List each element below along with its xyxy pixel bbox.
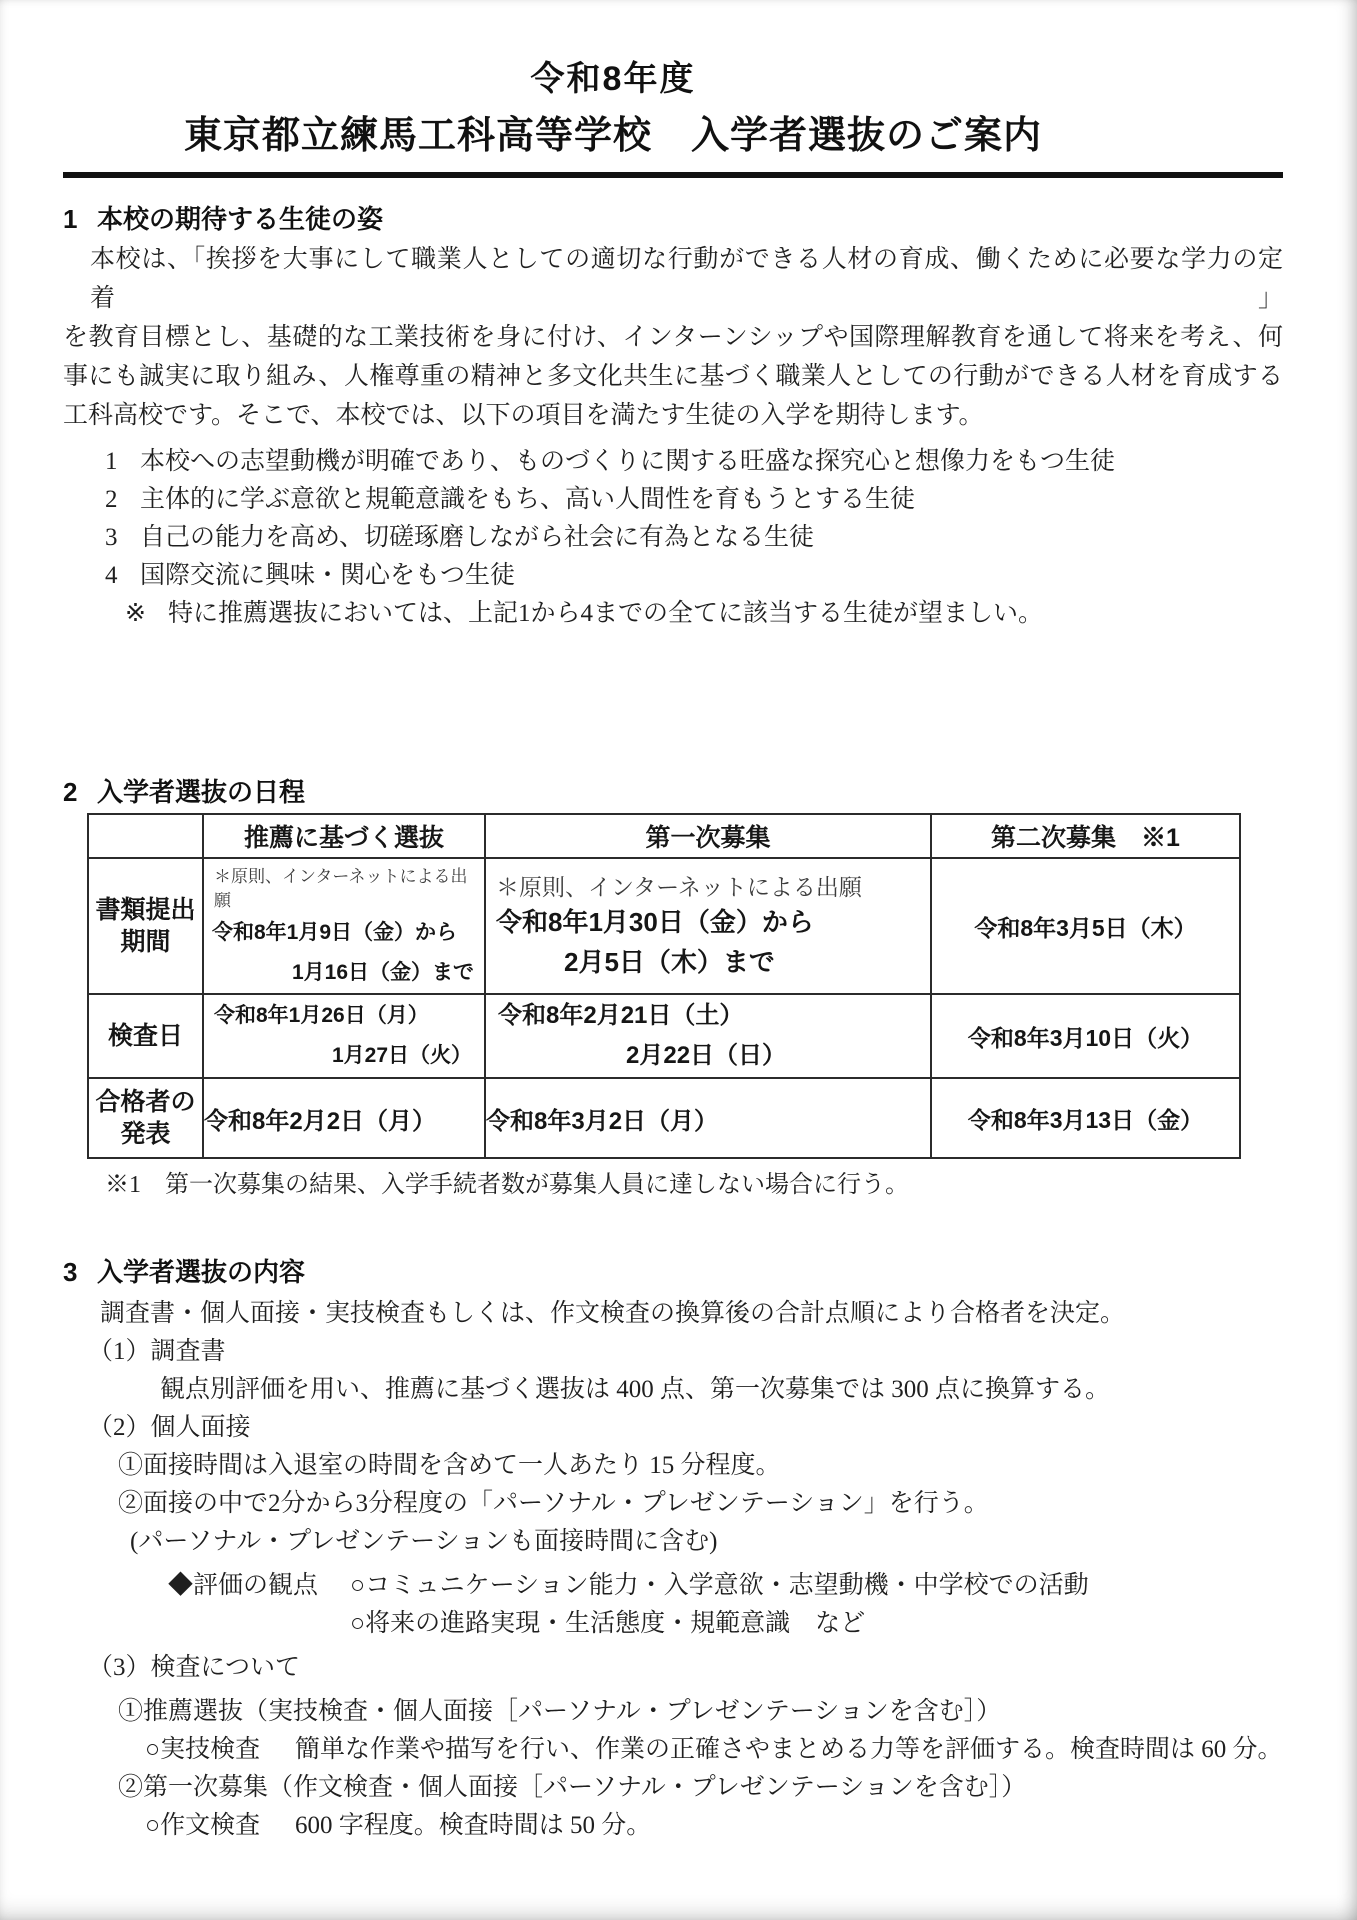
evaluation-label: ◆評価の観点	[168, 1567, 350, 1605]
title-school: 東京都立練馬工科高等学校 入学者選抜のご案内	[63, 110, 1163, 162]
intro-paragraph-line: 工科高校です。そこで、本校では、以下の項目を満たす生徒の入学を期待します。	[63, 396, 1283, 435]
title-block: 令和8年度 東京都立練馬工科高等学校 入学者選抜のご案内	[63, 56, 1283, 162]
essay-exam-row: ○作文検査 600 字程度。検査時間は 50 分。	[145, 1807, 1283, 1845]
section1-heading-text: 本校の期待する生徒の姿	[97, 204, 383, 234]
list-item: 4国際交流に興味・関心をもつ生徒	[63, 557, 1283, 595]
title-divider	[63, 172, 1283, 178]
practical-exam-row: ○実技検査 簡単な作業や描写を行い、作業の正確さやまとめる力等を評価する。検査時…	[145, 1731, 1283, 1769]
list-item-number: 2	[105, 481, 140, 519]
list-item: 1本校への志望動機が明確であり、ものづくりに関する旺盛な探究心と想像力をもつ生徒	[63, 443, 1283, 481]
exam-item-first: ②第一次募集（作文検査・個人面接［パーソナル・プレゼンテーションを含む］）	[118, 1769, 1283, 1807]
row-label-line: 書類提出	[89, 894, 202, 926]
title-year: 令和8年度	[63, 56, 1163, 102]
internet-application-note: ＊原則、インターネットによる出願	[204, 859, 484, 913]
cell-submission-second: 令和8年3月5日（木）	[931, 858, 1240, 994]
essay-exam-description: 600 字程度。検査時間は 50 分。	[295, 1807, 651, 1845]
table-row-exam-date: 検査日 令和8年1月26日（月） 1月27日（火） 令和8年2月21日（土） 2…	[88, 994, 1240, 1078]
section3-heading: 3入学者選抜の内容	[63, 1255, 1283, 1289]
row-label-submission: 書類提出 期間	[88, 858, 203, 994]
exam-date-line: 1月27日（火）	[204, 1036, 484, 1076]
evaluation-viewpoints-row: ◆評価の観点 ○コミュニケーション能力・入学意欲・志望動機・中学校での活動	[168, 1567, 1283, 1605]
note-mark: ※	[125, 595, 168, 633]
list-item-text: 主体的に学ぶ意欲と規範意識をもち、高い人間性を育もうとする生徒	[140, 486, 915, 513]
date-from: 令和8年1月30日（金）から	[486, 902, 930, 942]
date-to: 2月5日（木）まで	[486, 942, 930, 982]
section2-heading-text: 入学者選抜の日程	[97, 777, 305, 807]
header-first-recruitment: 第一次募集	[485, 814, 931, 858]
exam-item-suisen: ①推薦選抜（実技検査・個人面接［パーソナル・プレゼンテーションを含む］）	[118, 1693, 1283, 1731]
list-item: 3自己の能力を高め、切磋琢磨しながら社会に有為となる生徒	[63, 519, 1283, 557]
intro-paragraph-line: 本校は、「挨拶を大事にして職業人としての適切な行動ができる人材の育成、働くために…	[63, 240, 1283, 318]
evaluation-point-1: ○コミュニケーション能力・入学意欲・志望動機・中学校での活動	[350, 1567, 1089, 1605]
subsection3-label: （3）検査について	[88, 1649, 1283, 1687]
table-footnote: ※1 第一次募集の結果、入学手続者数が募集人員に達しない場合に行う。	[105, 1169, 1283, 1201]
practical-exam-label: ○実技検査	[145, 1731, 295, 1769]
list-item-number: 4	[105, 557, 140, 595]
note-text: 特に推薦選抜においては、上記1から4までの全てに該当する生徒が望ましい。	[168, 600, 1043, 627]
cell-exam-first: 令和8年2月21日（土） 2月22日（日）	[485, 994, 931, 1078]
section3-heading-text: 入学者選抜の内容	[97, 1257, 305, 1287]
interview-item-2: ②面接の中で2分から3分程度の「パーソナル・プレゼンテーション」を行う。	[118, 1485, 1283, 1523]
table-row-announcement: 合格者の 発表 令和8年2月2日（月） 令和8年3月2日（月） 令和8年3月13…	[88, 1078, 1240, 1158]
cell-submission-suisen: ＊原則、インターネットによる出願 令和8年1月9日（金）から 1月16日（金）ま…	[203, 858, 485, 994]
cell-exam-second: 令和8年3月10日（火）	[931, 994, 1240, 1078]
header-second-recruitment: 第二次募集 ※1	[931, 814, 1240, 858]
list-item-number: 1	[105, 443, 140, 481]
list-item-text: 自己の能力を高め、切磋琢磨しながら社会に有為となる生徒	[140, 524, 814, 551]
intro-paragraph-line: 事にも誠実に取り組み、人権尊重の精神と多文化共生に基づく職業人としての行動ができ…	[63, 357, 1283, 396]
row-label-line: 期間	[89, 926, 202, 958]
expected-student-list: 1本校への志望動機が明確であり、ものづくりに関する旺盛な探究心と想像力をもつ生徒…	[63, 443, 1283, 633]
document-content: 令和8年度 東京都立練馬工科高等学校 入学者選抜のご案内 1本校の期待する生徒の…	[0, 0, 1357, 1845]
cell-announcement-first: 令和8年3月2日（月）	[485, 1078, 931, 1158]
section3-intro: 調査書・個人面接・実技検査もしくは、作文検査の換算後の合計点順により合格者を決定…	[100, 1295, 1283, 1333]
date-to: 1月16日（金）まで	[204, 953, 484, 993]
list-item-text: 国際交流に興味・関心をもつ生徒	[140, 562, 515, 589]
subsection1-body: 観点別評価を用い、推薦に基づく選抜は 400 点、第一次募集では 300 点に換…	[160, 1371, 1283, 1409]
cell-exam-suisen: 令和8年1月26日（月） 1月27日（火）	[203, 994, 485, 1078]
header-corner-cell	[88, 814, 203, 858]
list-item: 2主体的に学ぶ意欲と規範意識をもち、高い人間性を育もうとする生徒	[63, 481, 1283, 519]
date-from: 令和8年1月9日（金）から	[204, 913, 484, 953]
subsection1-label: （1）調査書	[88, 1333, 1283, 1371]
exam-date-line: 令和8年2月21日（土）	[486, 996, 930, 1036]
subsection2-label: （2）個人面接	[88, 1409, 1283, 1447]
interview-note: (パーソナル・プレゼンテーションも面接時間に含む)	[130, 1523, 1283, 1561]
internet-application-note: ＊原則、インターネットによる出願	[486, 870, 930, 902]
essay-exam-label: ○作文検査	[145, 1807, 295, 1845]
section3-number: 3	[63, 1255, 97, 1289]
section1-number: 1	[63, 202, 97, 236]
cell-announcement-suisen: 令和8年2月2日（月）	[203, 1078, 485, 1158]
schedule-table: 推薦に基づく選抜 第一次募集 第二次募集 ※1 書類提出 期間 ＊原則、インター…	[87, 813, 1241, 1159]
row-label-line: 発表	[89, 1118, 202, 1150]
intro-paragraph: 本校は、「挨拶を大事にして職業人としての適切な行動ができる人材の育成、働くために…	[63, 240, 1283, 435]
table-row-document-submission: 書類提出 期間 ＊原則、インターネットによる出願 令和8年1月9日（金）から 1…	[88, 858, 1240, 994]
row-label-announcement: 合格者の 発表	[88, 1078, 203, 1158]
interview-item-1: ①面接時間は入退室の時間を含めて一人あたり 15 分程度。	[118, 1447, 1283, 1485]
cell-submission-first: ＊原則、インターネットによる出願 令和8年1月30日（金）から 2月5日（木）ま…	[485, 858, 931, 994]
section1-heading: 1本校の期待する生徒の姿	[63, 202, 1283, 236]
table-header-row: 推薦に基づく選抜 第一次募集 第二次募集 ※1	[88, 814, 1240, 858]
row-label-exam-date: 検査日	[88, 994, 203, 1078]
intro-paragraph-line: を教育目標とし、基礎的な工業技術を身に付け、インターンシップや国際理解教育を通し…	[63, 318, 1283, 357]
header-suisen-selection: 推薦に基づく選抜	[203, 814, 485, 858]
section2-number: 2	[63, 775, 97, 809]
evaluation-point-2: ○将来の進路実現・生活態度・規範意識 など	[350, 1605, 1283, 1643]
cell-announcement-second: 令和8年3月13日（金）	[931, 1078, 1240, 1158]
exam-date-line: 2月22日（日）	[486, 1036, 930, 1076]
practical-exam-description: 簡単な作業や描写を行い、作業の正確さやまとめる力等を評価する。検査時間は 60 …	[295, 1731, 1283, 1769]
list-item-number: 3	[105, 519, 140, 557]
row-label-line: 合格者の	[89, 1086, 202, 1118]
document-page: 令和8年度 東京都立練馬工科高等学校 入学者選抜のご案内 1本校の期待する生徒の…	[0, 0, 1357, 1920]
exam-date-line: 令和8年1月26日（月）	[204, 996, 484, 1036]
section2-heading: 2入学者選抜の日程	[63, 775, 1283, 809]
recommendation-note: ※特に推薦選抜においては、上記1から4までの全てに該当する生徒が望ましい。	[63, 595, 1283, 633]
list-item-text: 本校への志望動機が明確であり、ものづくりに関する旺盛な探究心と想像力をもつ生徒	[140, 448, 1115, 475]
